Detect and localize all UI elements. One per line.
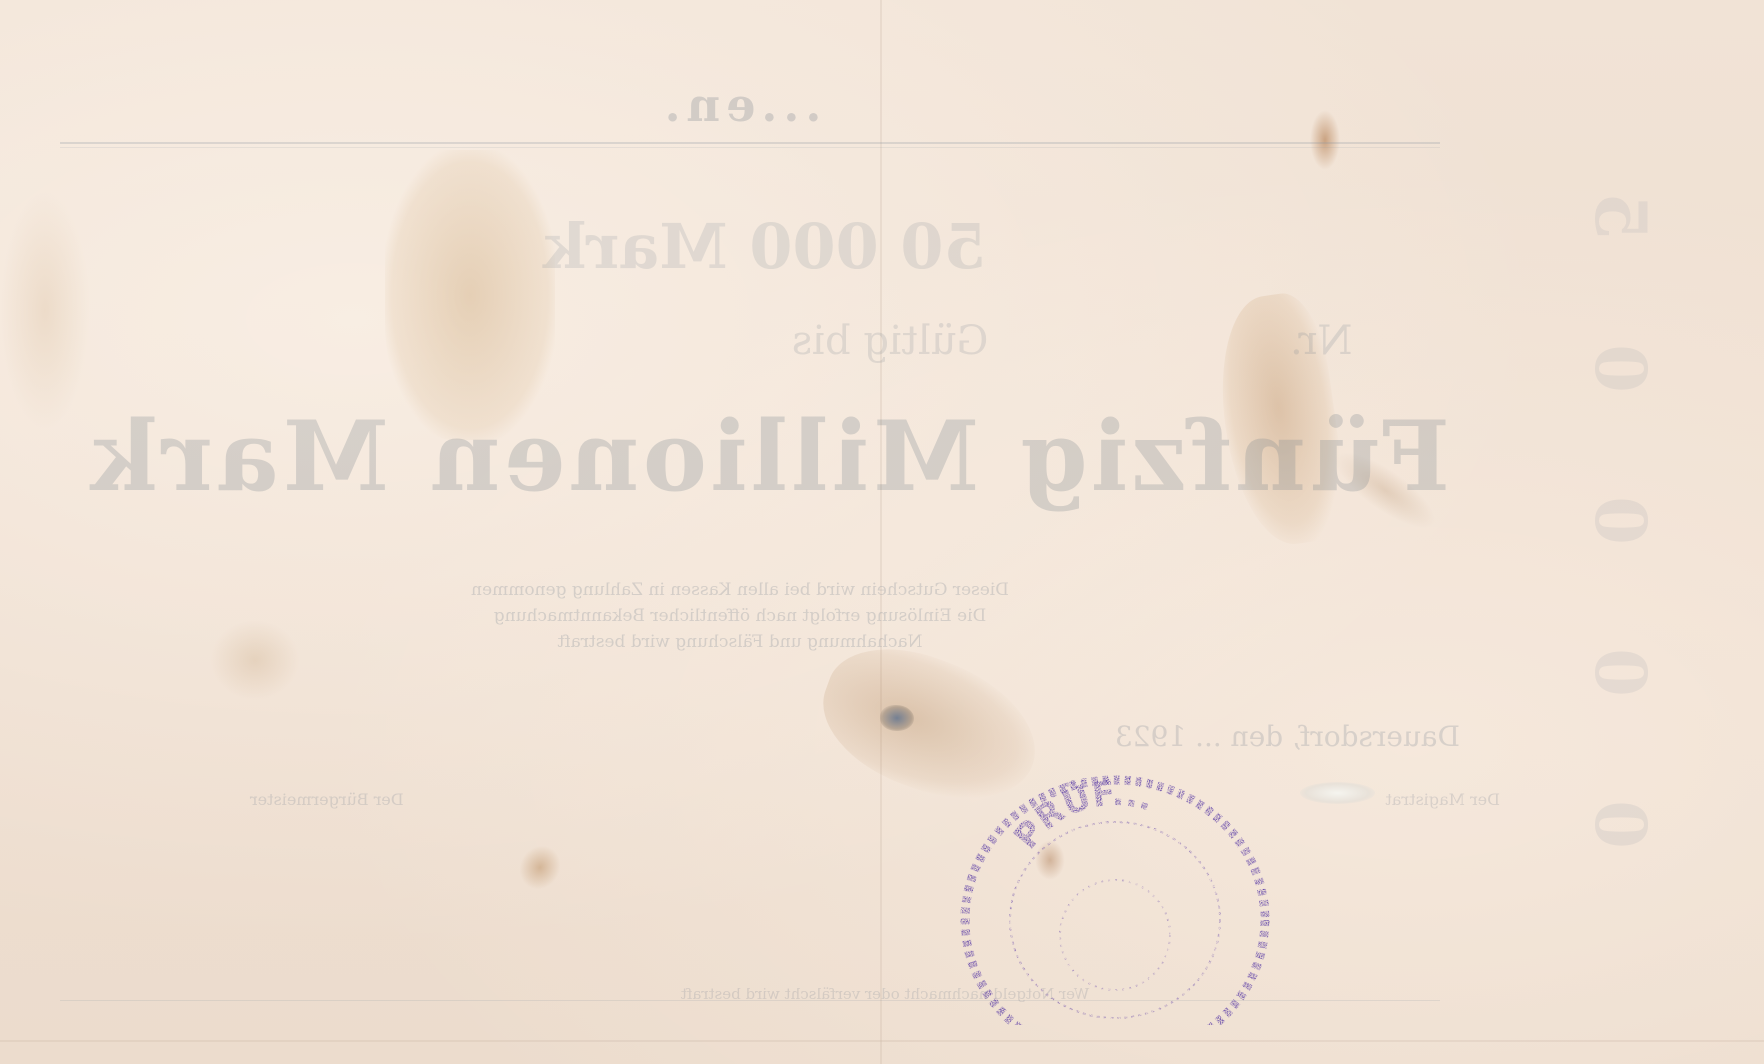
bleed-place-date: Dauersdorf, den ... 1923 (760, 720, 1460, 753)
paper-scuff (1300, 782, 1375, 804)
bleed-signature: Der Bürgermeister (250, 790, 404, 809)
bleed-rule-top (60, 142, 1440, 148)
ink-stamp: PRÜF... (945, 755, 1285, 1025)
stain (210, 620, 300, 700)
fold-line-horizontal (0, 1040, 1764, 1042)
bleed-heading: ...en. (340, 78, 1140, 132)
bleed-body-line: Nachahmung und Fälschung wird bestraft (400, 632, 1080, 652)
bleed-denomination: Fünfzig Millionen Mark (70, 400, 1450, 513)
bleed-numeral: 0 (1579, 344, 1662, 393)
bleed-body-line: Die Einlösung erfolgt nach öffentlicher … (330, 606, 1150, 626)
stain (511, 838, 568, 897)
stamp-circle-icon: PRÜF... (945, 755, 1285, 1025)
bleed-numeral: 5 (1579, 192, 1662, 241)
stain (0, 190, 90, 430)
bleed-amount: 50 000 Mark (440, 210, 1090, 283)
bleed-numeral: 0 (1579, 648, 1662, 697)
stain (385, 150, 555, 440)
bleed-number-label: Nr. (1290, 318, 1352, 364)
svg-text:PRÜF...: PRÜF... (1006, 774, 1158, 857)
bleed-numeral: 0 (1579, 800, 1662, 849)
bleed-numeral: 0 (1579, 496, 1662, 545)
stain (1310, 110, 1340, 170)
fold-line-vertical (880, 0, 882, 1064)
bleed-vertical-numerals: 5 0 0 0 0 (1585, 140, 1655, 900)
banknote-scan: ...en. 50 000 Mark Nr. Gültig bis Fünfzi… (0, 0, 1764, 1064)
bleed-validity: Gültig bis (700, 318, 1080, 364)
bleed-signature: Der Magistrat (1385, 790, 1500, 809)
bleed-body-line: Dieser Gutschein wird bei allen Kassen i… (290, 580, 1190, 600)
